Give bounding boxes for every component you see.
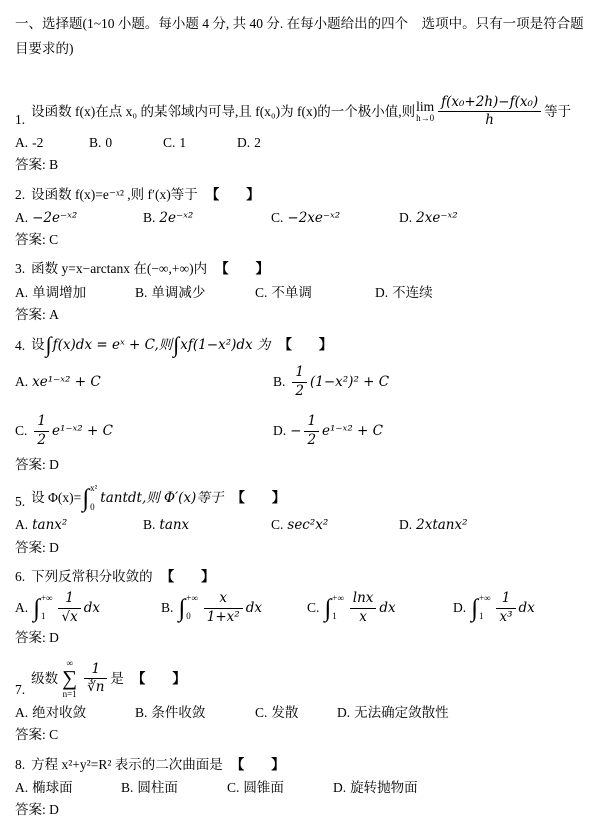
option-a: A.−2e⁻ˣ²	[15, 208, 143, 228]
answer-bracket: 【 】	[231, 488, 285, 508]
summation-operator: ∞ ∑ n=1	[62, 658, 77, 701]
fraction-denominator: x	[350, 609, 377, 627]
option-d-label: D.	[333, 778, 346, 798]
answer-bracket: 【 】	[215, 259, 269, 279]
fraction: lnxx	[350, 590, 377, 626]
option-c-value: sec²x²	[287, 515, 328, 535]
option-b-value: 2e⁻ˣ²	[159, 208, 193, 228]
question-5-text: 设 Φ(x)=	[31, 488, 81, 508]
option-c: C.圆锥面	[227, 778, 333, 798]
question-2-answer: 答案: C	[15, 230, 590, 250]
option-a-value: tanx²	[32, 515, 67, 535]
question-3-options: A.单调增加 B.单调减少 C.不单调 D.不连续	[15, 283, 590, 303]
question-6-number: 6.	[15, 567, 25, 587]
option-a-value: 绝对收敛	[32, 703, 86, 723]
option-b-value: 0	[105, 133, 112, 153]
option-b: B. ∫+∞0 x1+x² dx	[161, 590, 307, 626]
option-d-label: D.	[399, 515, 412, 535]
integral-icon: ∫	[178, 596, 185, 621]
option-d-label: D.	[375, 283, 388, 303]
option-a: A.绝对收敛	[15, 703, 135, 723]
option-c: C. 12 e¹⁻ˣ² + C	[15, 413, 273, 449]
lim-subscript: h→0	[416, 114, 434, 124]
option-c-label: C.	[227, 778, 239, 798]
sum-lower-limit: n=1	[63, 689, 77, 700]
question-2-number: 2.	[15, 185, 25, 205]
integral-lower-limit: 0	[90, 503, 97, 513]
option-c-label: C.	[271, 515, 283, 535]
question-4-options: A. xe¹⁻ˣ² + C B. 12 (1−x²)² + C C. 12 e¹…	[15, 364, 590, 449]
option-a-label: A.	[15, 283, 28, 303]
option-a-label: A.	[15, 778, 28, 798]
option-d-value: 2	[254, 133, 261, 153]
question-6: 6. 下列反常积分收敛的 【 】 A. ∫+∞1 1√x dx B. ∫+∞0 …	[15, 567, 590, 649]
option-d-value: 无法确定敛散性	[354, 703, 449, 723]
option-a: A.单调增加	[15, 283, 135, 303]
option-d: D.无法确定敛散性	[337, 703, 449, 723]
question-1-text: 设函数 f(x)在点 x₀ 的某邻域内可导,且 f(x₀)为 f(x)的一个极小…	[31, 102, 415, 122]
question-3-number: 3.	[15, 259, 25, 279]
option-d-label: D.	[273, 421, 286, 441]
fraction: 12	[34, 413, 49, 449]
option-c: C.发散	[255, 703, 337, 723]
option-a-label: A.	[15, 208, 28, 228]
fraction: x1+x²	[204, 590, 243, 626]
option-b: B.0	[89, 133, 163, 153]
question-5-formula: tantdt,则 Φ′(x)等于	[100, 488, 223, 508]
question-1: 1. 设函数 f(x)在点 x₀ 的某邻域内可导,且 f(x₀)为 f(x)的一…	[15, 94, 590, 176]
fraction: 12	[304, 413, 319, 449]
differential: dx	[379, 598, 395, 618]
fraction-denominator: 2	[34, 432, 49, 450]
option-d-value: 旋转抛物面	[350, 778, 418, 798]
option-d-value: 2xtanx²	[416, 515, 467, 535]
option-a: A. xe¹⁻ˣ² + C	[15, 364, 273, 400]
answer-bracket: 【 】	[161, 567, 215, 587]
question-2-stem: 2. 设函数 f(x)=e⁻ˣ² ,则 f′(x)等于 【 】	[15, 185, 590, 205]
option-c-label: C.	[271, 208, 283, 228]
option-c: C.不单调	[255, 283, 375, 303]
option-d-value: e¹⁻ˣ² + C	[322, 421, 383, 441]
option-a-label: A.	[15, 372, 28, 392]
option-a-label: A.	[15, 133, 28, 153]
question-5-options: A.tanx² B.tanx C.sec²x² D.2xtanx²	[15, 515, 590, 535]
integral-with-limits: ∫+∞1	[33, 594, 54, 622]
question-8: 8. 方程 x²+y²=R² 表示的二次曲面是 【 】 A.椭球面 B.圆柱面 …	[15, 755, 590, 821]
fraction-denominator: 2	[304, 432, 319, 450]
integral-icon: ∫	[46, 334, 52, 356]
option-a-value: xe¹⁻ˣ² + C	[32, 372, 101, 392]
option-b-value: (1−x²)² + C	[310, 372, 389, 392]
integral-upper-limit: +∞	[186, 594, 198, 604]
sigma-icon: ∑	[62, 668, 77, 689]
question-2-text: 设函数 f(x)=e⁻ˣ² ,则 f′(x)等于	[31, 185, 198, 205]
option-a: A.-2	[15, 133, 89, 153]
question-1-answer: 答案: B	[15, 155, 590, 175]
option-a-value: 椭球面	[32, 778, 73, 798]
fraction-numerator: f(x₀+2h)−f(x₀)	[438, 94, 541, 113]
option-c: C.−2xe⁻ˣ²	[271, 208, 399, 228]
option-d: D.2xe⁻ˣ²	[399, 208, 458, 228]
option-b-label: B.	[135, 283, 147, 303]
option-c-value: 发散	[271, 703, 298, 723]
question-5-number: 5.	[15, 492, 25, 512]
option-b: B. 12 (1−x²)² + C	[273, 364, 590, 400]
option-b-label: B.	[121, 778, 133, 798]
option-b: B.条件收敛	[135, 703, 255, 723]
option-d: D. ∫+∞1 1x³ dx	[453, 590, 535, 626]
question-2-options: A.−2e⁻ˣ² B.2e⁻ˣ² C.−2xe⁻ˣ² D.2xe⁻ˣ²	[15, 208, 590, 228]
question-4-formula-1: f(x)dx = eˣ + C,则	[53, 335, 173, 355]
question-7: 7. 级数 ∞ ∑ n=1 1∛n 是 【 】 A.绝对收敛 B.条件收敛 C.…	[15, 658, 590, 746]
fraction-denominator: 2	[292, 383, 307, 401]
question-4-number: 4.	[15, 336, 25, 356]
fraction-numerator: x	[204, 590, 243, 609]
question-7-stem: 7. 级数 ∞ ∑ n=1 1∛n 是 【 】	[15, 658, 590, 701]
question-7-options: A.绝对收敛 B.条件收敛 C.发散 D.无法确定敛散性	[15, 703, 590, 723]
option-b-label: B.	[135, 703, 147, 723]
option-d-value: 2xe⁻ˣ²	[416, 208, 458, 228]
option-d: D.2	[237, 133, 261, 153]
question-6-answer: 答案: D	[15, 628, 590, 648]
fraction: 1x³	[496, 590, 515, 626]
option-b: B.tanx	[143, 515, 271, 535]
option-a-label: A.	[15, 598, 28, 618]
option-a-label: A.	[15, 515, 28, 535]
exam-page: 一、选择题(1~10 小题。每小题 4 分, 共 40 分. 在每小题给出的四个…	[0, 0, 605, 837]
question-3: 3. 函数 y=x−arctanx 在(−∞,+∞)内 【 】 A.单调增加 B…	[15, 259, 590, 325]
option-c-value: 1	[179, 133, 186, 153]
option-c-label: C.	[307, 598, 319, 618]
question-3-answer: 答案: A	[15, 305, 590, 325]
option-d-sign: −	[290, 421, 301, 441]
question-8-stem: 8. 方程 x²+y²=R² 表示的二次曲面是 【 】	[15, 755, 590, 775]
question-4-answer: 答案: D	[15, 455, 590, 475]
integral-with-limits: ∫+∞0	[178, 594, 199, 622]
option-b: B.单调减少	[135, 283, 255, 303]
option-b-value: 条件收敛	[151, 703, 205, 723]
integral-icon: ∫	[324, 596, 331, 621]
option-c: C.1	[163, 133, 237, 153]
fraction: 1√x	[58, 590, 80, 626]
option-b-label: B.	[143, 208, 155, 228]
question-3-text: 函数 y=x−arctanx 在(−∞,+∞)内	[31, 259, 207, 279]
option-b-label: B.	[143, 515, 155, 535]
question-4-formula-2: xf(1−x²)dx 为	[180, 335, 270, 355]
question-5: 5. 设 Φ(x)= ∫ x²0 tantdt,则 Φ′(x)等于 【 】 A.…	[15, 484, 590, 558]
option-b-value: 单调减少	[151, 283, 205, 303]
fraction-denominator: x³	[496, 609, 515, 627]
integral-with-limits: ∫+∞1	[471, 594, 492, 622]
option-a-value: -2	[32, 133, 43, 153]
option-a-value: 单调增加	[32, 283, 86, 303]
fraction-numerator: lnx	[350, 590, 377, 609]
answer-bracket: 【 】	[231, 755, 285, 775]
fraction-numerator: 1	[58, 590, 80, 609]
fraction-numerator: 1	[84, 661, 107, 680]
integral-icon: ∫	[471, 596, 478, 621]
question-7-text: 级数	[31, 669, 58, 689]
option-c-value: e¹⁻ˣ² + C	[52, 421, 113, 441]
question-1-text-after: 等于	[544, 102, 571, 122]
question-6-options: A. ∫+∞1 1√x dx B. ∫+∞0 x1+x² dx C. ∫+∞1 …	[15, 590, 590, 626]
fraction-denominator: √x	[58, 609, 80, 627]
fraction-denominator: 1+x²	[204, 609, 243, 627]
question-8-text: 方程 x²+y²=R² 表示的二次曲面是	[31, 755, 223, 775]
option-b-label: B.	[161, 598, 173, 618]
option-c-label: C.	[255, 283, 267, 303]
option-c-value: −2xe⁻ˣ²	[287, 208, 340, 228]
integral-upper-limit: x²	[90, 484, 97, 494]
answer-bracket: 【 】	[206, 185, 260, 205]
integral-with-limits: ∫+∞1	[324, 594, 345, 622]
option-b-value: tanx	[159, 515, 189, 535]
option-c-label: C.	[163, 133, 175, 153]
question-4-stem: 4. 设 ∫ f(x)dx = eˣ + C,则 ∫ xf(1−x²)dx 为 …	[15, 334, 590, 356]
answer-bracket: 【 】	[278, 335, 332, 355]
fraction-denominator: h	[438, 112, 541, 130]
section-header: 一、选择题(1~10 小题。每小题 4 分, 共 40 分. 在每小题给出的四个…	[15, 12, 590, 62]
option-a: A.椭球面	[15, 778, 121, 798]
integral-icon: ∫	[33, 596, 40, 621]
question-7-number: 7.	[15, 680, 25, 700]
option-c-label: C.	[15, 421, 27, 441]
question-1-options: A.-2 B.0 C.1 D.2	[15, 133, 590, 153]
fraction: 12	[292, 364, 307, 400]
differential: dx	[84, 598, 100, 618]
integral-upper-limit: +∞	[479, 594, 491, 604]
option-c-value: 不单调	[271, 283, 312, 303]
option-b-label: B.	[89, 133, 101, 153]
integral-lower-limit: 1	[479, 612, 491, 622]
option-d-label: D.	[453, 598, 466, 618]
fraction-denominator: ∛n	[84, 679, 107, 697]
question-6-text: 下列反常积分收敛的	[31, 567, 153, 587]
fraction-numerator: 1	[304, 413, 319, 432]
differential: dx	[519, 598, 535, 618]
fraction: f(x₀+2h)−f(x₀) h	[438, 94, 541, 130]
option-b: B.2e⁻ˣ²	[143, 208, 271, 228]
differential: dx	[246, 598, 262, 618]
question-8-number: 8.	[15, 755, 25, 775]
answer-bracket: 【 】	[132, 669, 186, 689]
integral-lower-limit: 0	[186, 612, 198, 622]
option-a-value: −2e⁻ˣ²	[32, 208, 77, 228]
question-7-text-after: 是	[110, 669, 124, 689]
fraction-numerator: 1	[496, 590, 515, 609]
integral-icon: ∫	[82, 486, 89, 511]
option-d: D. − 12 e¹⁻ˣ² + C	[273, 413, 590, 449]
question-4-text: 设	[31, 335, 45, 355]
option-d: D.不连续	[375, 283, 433, 303]
option-a-label: A.	[15, 703, 28, 723]
option-a: A. ∫+∞1 1√x dx	[15, 590, 161, 626]
integral-upper-limit: +∞	[41, 594, 53, 604]
question-8-options: A.椭球面 B.圆柱面 C.圆锥面 D.旋转抛物面	[15, 778, 590, 798]
option-d: D.2xtanx²	[399, 515, 468, 535]
option-b-label: B.	[273, 372, 285, 392]
question-2: 2. 设函数 f(x)=e⁻ˣ² ,则 f′(x)等于 【 】 A.−2e⁻ˣ²…	[15, 185, 590, 251]
option-a: A.tanx²	[15, 515, 143, 535]
integral-upper-limit: +∞	[332, 594, 344, 604]
question-4: 4. 设 ∫ f(x)dx = eˣ + C,则 ∫ xf(1−x²)dx 为 …	[15, 334, 590, 475]
integral-lower-limit: 1	[332, 612, 344, 622]
option-d-label: D.	[399, 208, 412, 228]
option-c: C.sec²x²	[271, 515, 399, 535]
option-c: C. ∫+∞1 lnxx dx	[307, 590, 453, 626]
question-6-stem: 6. 下列反常积分收敛的 【 】	[15, 567, 590, 587]
question-5-answer: 答案: D	[15, 538, 590, 558]
option-c-label: C.	[255, 703, 267, 723]
question-7-answer: 答案: C	[15, 725, 590, 745]
fraction: 1∛n	[84, 661, 107, 697]
option-c-value: 圆锥面	[243, 778, 284, 798]
option-d-label: D.	[337, 703, 350, 723]
fraction-numerator: 1	[34, 413, 49, 432]
option-d-label: D.	[237, 133, 250, 153]
option-b: B.圆柱面	[121, 778, 227, 798]
question-8-answer: 答案: D	[15, 800, 590, 820]
limit-operator: lim h→0	[416, 100, 434, 123]
fraction-numerator: 1	[292, 364, 307, 383]
question-5-stem: 5. 设 Φ(x)= ∫ x²0 tantdt,则 Φ′(x)等于 【 】	[15, 484, 590, 512]
question-1-stem: 1. 设函数 f(x)在点 x₀ 的某邻域内可导,且 f(x₀)为 f(x)的一…	[15, 94, 590, 130]
lim-word: lim	[416, 100, 434, 114]
integral-with-limits: ∫ x²0	[82, 484, 99, 512]
option-d-value: 不连续	[392, 283, 433, 303]
question-1-number: 1.	[15, 110, 25, 130]
option-d: D.旋转抛物面	[333, 778, 418, 798]
option-b-value: 圆柱面	[137, 778, 178, 798]
question-3-stem: 3. 函数 y=x−arctanx 在(−∞,+∞)内 【 】	[15, 259, 590, 279]
integral-icon: ∫	[173, 334, 179, 356]
integral-lower-limit: 1	[41, 612, 53, 622]
